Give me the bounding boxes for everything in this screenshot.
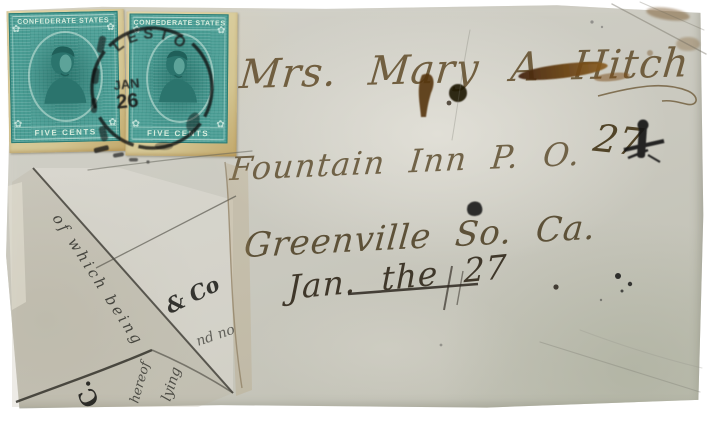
stamp-top-inscription: CONFEDERATE STATES (13, 14, 114, 29)
jefferson-davis-portrait (34, 35, 96, 113)
stamp-top-inscription: CONFEDERATE STATES (133, 17, 224, 31)
confederate-stamp-left: CONFEDERATE STATES ✿ ✿ ✿ ✿ FIVE CENTS (7, 9, 127, 153)
rosette-ornament-icon: ✿ (217, 26, 225, 36)
stamp-design: CONFEDERATE STATES ✿ ✿ ✿ ✿ FIVE CENTS (128, 14, 228, 144)
stamp-denomination: FIVE CENTS (15, 125, 116, 140)
rosette-ornament-icon: ✿ (106, 23, 115, 33)
stamp-denomination: FIVE CENTS (133, 127, 224, 141)
rosette-ornament-icon: ✿ (12, 25, 21, 35)
docket-number: 27 (590, 116, 646, 164)
photo-of-confederate-cover: { "scene": { "background_color": "#fffff… (0, 0, 720, 422)
jefferson-davis-portrait (151, 38, 206, 115)
stamp-design: CONFEDERATE STATES ✿ ✿ ✿ ✿ FIVE CENTS (9, 11, 121, 143)
confederate-stamp-right: CONFEDERATE STATES ✿ ✿ ✿ ✿ FIVE CENTS (125, 12, 237, 157)
rosette-ornament-icon: ✿ (132, 26, 140, 36)
